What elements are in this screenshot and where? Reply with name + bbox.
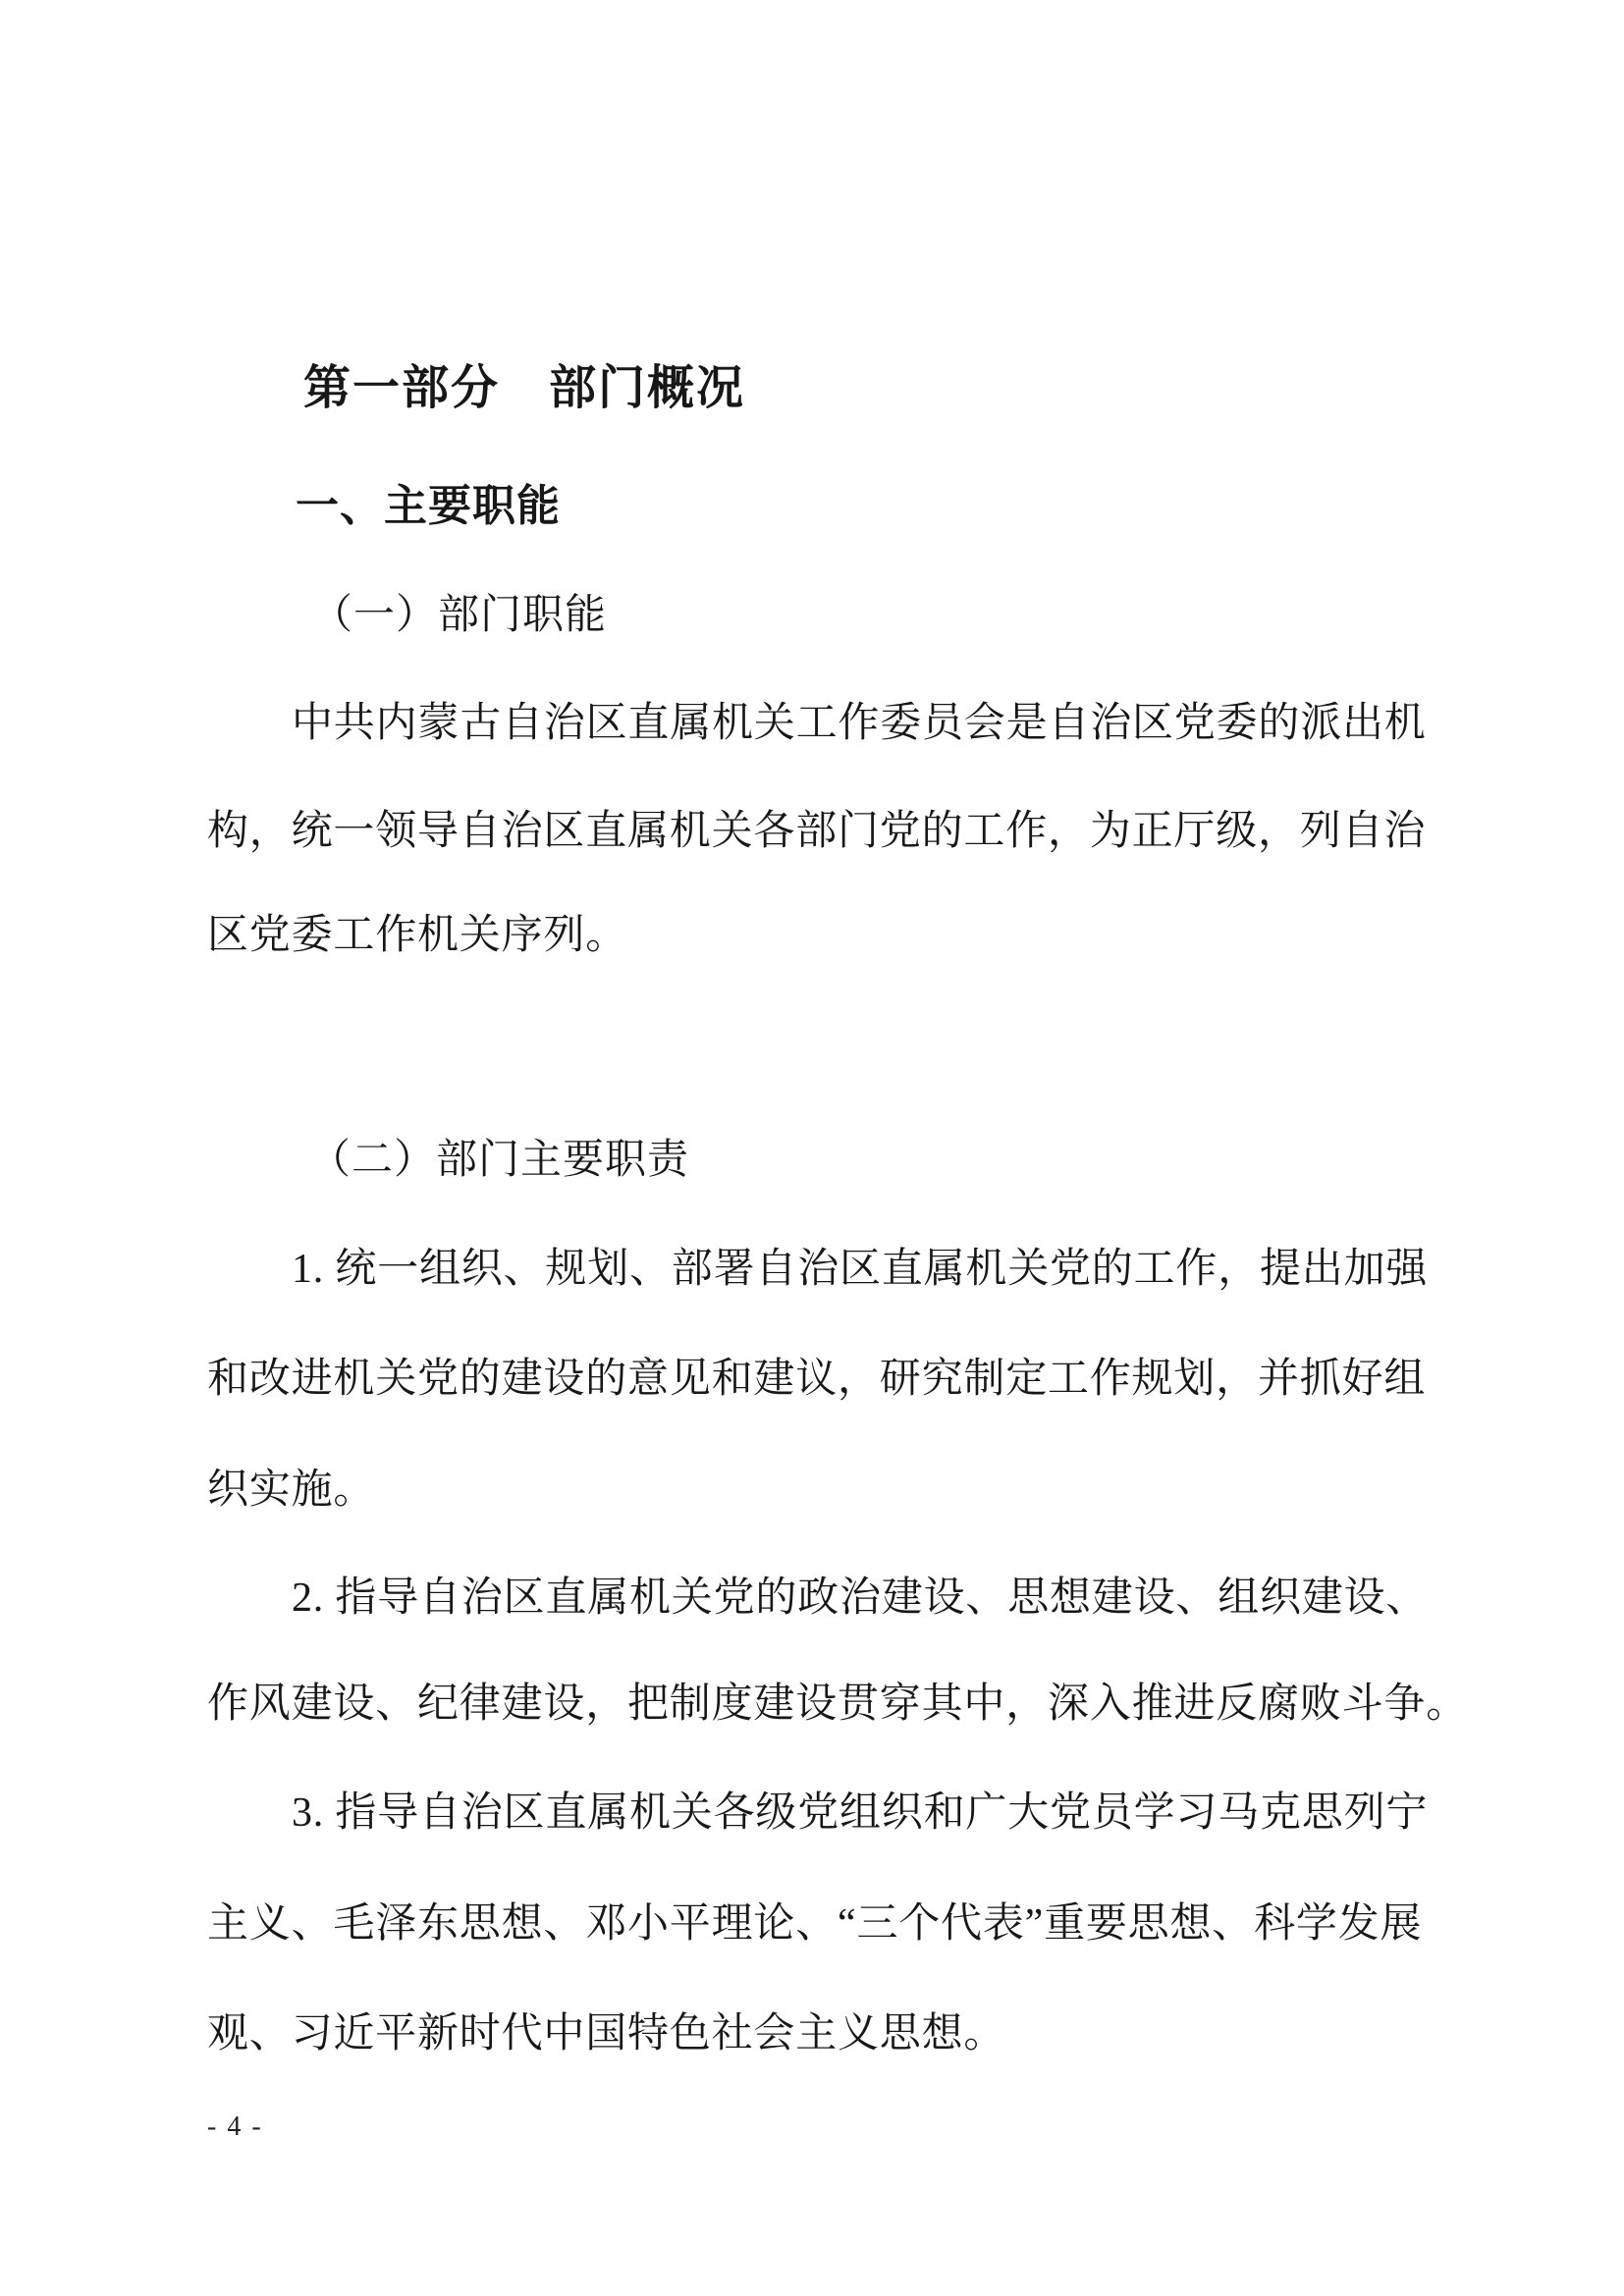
- subsection-heading-department-functions: （一）部门职能: [311, 592, 607, 639]
- duty-item-line: 织实施。: [207, 1467, 375, 1514]
- page-number: - 4 -: [207, 2111, 263, 2143]
- duty-item-line: 和改进机关党的建设的意见和建议，研究制定工作规划，并抓好组: [207, 1356, 1426, 1403]
- duty-item-line: 3. 指导自治区直属机关各级党组织和广大党员学习马克思列宁: [292, 1789, 1428, 1837]
- duty-item-line: 2. 指导自治区直属机关党的政治建设、思想建设、组织建设、: [292, 1575, 1428, 1622]
- paragraph-line: 中共内蒙古自治区直属机关工作委员会是自治区党委的派出机: [292, 700, 1427, 747]
- subsection-heading-main-duties: （二）部门主要职责: [309, 1137, 689, 1184]
- paragraph-line: 区党委工作机关序列。: [207, 912, 627, 959]
- paragraph-line: 构，统一领导自治区直属机关各部门党的工作，为正厅级，列自治: [207, 808, 1426, 855]
- duty-item-line: 作风建设、纪律建设，把制度建设贯穿其中，深入推进反腐败斗争。: [207, 1681, 1468, 1728]
- section-heading-main-functions: 一、主要职能: [296, 482, 561, 532]
- duty-item-line: 主义、毛泽东思想、邓小平理论、“三个代表”重要思想、科学发展: [207, 1900, 1422, 1948]
- part-title: 第一部分 部门概况: [303, 361, 745, 415]
- document-page: 第一部分 部门概况 一、主要职能 （一）部门职能 中共内蒙古自治区直属机关工作委…: [0, 0, 1624, 2296]
- duty-item-line: 1. 统一组织、规划、部署自治区直属机关党的工作，提出加强: [292, 1246, 1428, 1293]
- duty-item-line: 观、习近平新时代中国特色社会主义思想。: [207, 2010, 1005, 2057]
